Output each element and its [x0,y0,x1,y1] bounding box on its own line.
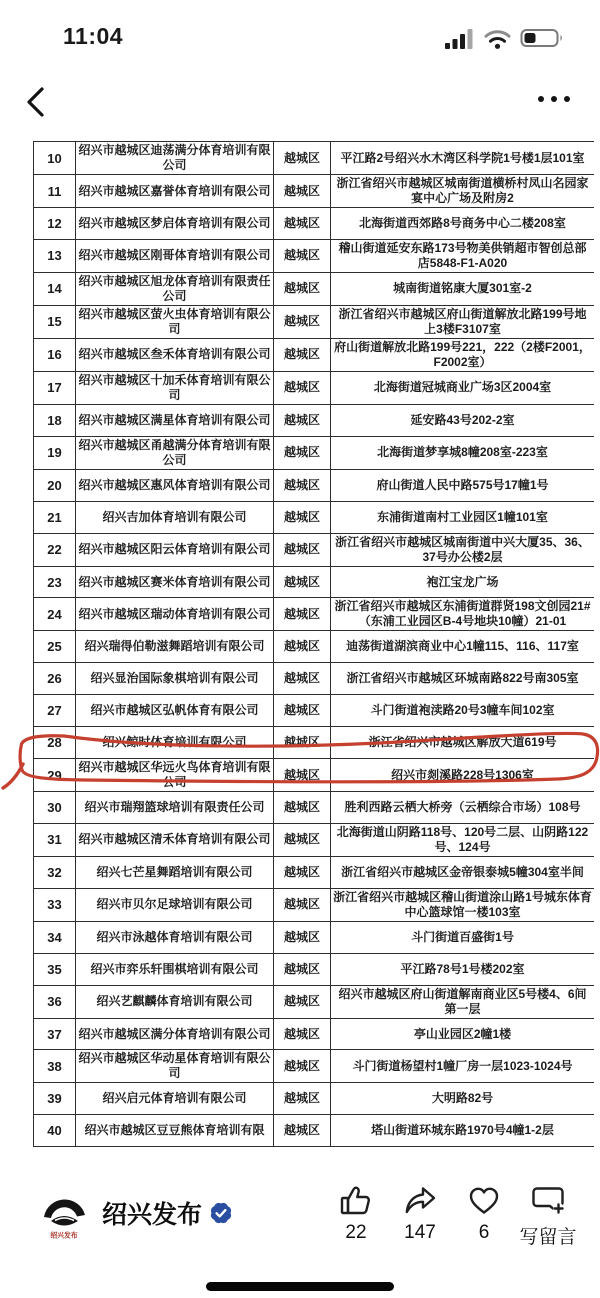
institution-name-cell: 绍兴启元体育培训有限公司 [76,1083,274,1115]
district-cell: 越城区 [274,501,331,533]
table-row: 35 绍兴市弈乐轩围棋培训有限公司 越城区 平江路78号1号楼202室 [34,953,595,985]
account-avatar[interactable]: 绍兴发布 [36,1187,92,1243]
ellipsis-dot [551,96,557,102]
district-cell: 越城区 [274,792,331,824]
district-cell: 越城区 [274,921,331,953]
row-number-cell: 27 [34,695,76,727]
table-row: 37 绍兴市越城区满分体育培训有限公司 越城区 亭山业园区2幢1楼 [34,1018,595,1050]
district-cell: 越城区 [274,371,331,404]
institution-name-cell: 绍兴艺麒麟体育培训有限公司 [76,985,274,1018]
table-row: 22 绍兴市越城区阳云体育培训有限公司 越城区 浙江省绍兴市越城区城南街道中兴大… [34,533,595,566]
row-number-cell: 34 [34,921,76,953]
address-cell: 浙江省绍兴市越城区东浦街道群贤198文创园21#（东浦工业园区B-4号地块10幢… [331,598,595,631]
row-number-cell: 30 [34,792,76,824]
favorite-button[interactable]: 6 [452,1183,516,1244]
district-cell: 越城区 [274,142,331,175]
address-cell: 袍江宝龙广场 [331,566,595,598]
like-count: 22 [345,1222,366,1244]
status-time: 11:04 [63,23,123,50]
row-number-cell: 33 [34,888,76,921]
district-cell: 越城区 [274,663,331,695]
more-menu-button[interactable] [538,96,570,102]
institution-name-cell: 绍兴市越城区梦启体育培训有限公司 [76,208,274,240]
address-cell: 北海街道梦享城8幢208室-223室 [331,436,595,469]
address-cell: 浙江省绍兴市越城区城南街道横桥村凤山名园家宴中心广场及附房2 [331,175,595,208]
institution-name-cell: 绍兴市越城区瑞动体育培训有限公司 [76,598,274,631]
row-number-cell: 37 [34,1018,76,1050]
favorite-count: 6 [479,1222,490,1244]
institution-name-cell: 绍兴市越城区阳云体育培训有限公司 [76,533,274,566]
district-cell: 越城区 [274,239,331,272]
table-row: 29 绍兴市越城区华远火鸟体育培训有限公司 越城区 绍兴市剡溪路228号1306… [34,759,595,792]
table-row: 15 绍兴市越城区萤火虫体育培训有限公司 越城区 浙江省绍兴市越城区府山街道解放… [34,305,595,338]
table-row: 21 绍兴吉加体育培训有限公司 越城区 东浦街道南村工业园区1幢101室 [34,501,595,533]
share-button[interactable]: 147 [388,1183,452,1244]
back-button[interactable] [24,86,48,118]
like-button[interactable]: 22 [324,1183,388,1244]
ellipsis-dot [564,96,570,102]
district-cell: 越城区 [274,566,331,598]
heart-icon [466,1183,502,1219]
bottom-bar: 绍兴发布 绍兴发布 [0,1175,600,1298]
institution-name-cell: 绍兴市越城区刚哥体育培训有限公司 [76,239,274,272]
address-cell: 稽山街道延安东路173号物美供销超市智创总部店5848-F1-A020 [331,239,595,272]
row-number-cell: 24 [34,598,76,631]
home-indicator[interactable] [206,1282,394,1291]
table-row: 24 绍兴市越城区瑞动体育培训有限公司 越城区 浙江省绍兴市越城区东浦街道群贤1… [34,598,595,631]
institution-name-cell: 绍兴市越城区迪荡满分体育培训有限公司 [76,142,274,175]
institution-name-cell: 绍兴市越城区华动星体育培训有限公司 [76,1050,274,1083]
district-cell: 越城区 [274,175,331,208]
institution-name-cell: 绍兴七芒星舞蹈培训有限公司 [76,856,274,888]
row-number-cell: 15 [34,305,76,338]
row-number-cell: 18 [34,404,76,436]
district-cell: 越城区 [274,888,331,921]
table-row: 19 绍兴市越城区甬越满分体育培训有限公司 越城区 北海街道梦享城8幢208室-… [34,436,595,469]
district-cell: 越城区 [274,695,331,727]
thumbs-up-icon [338,1183,374,1219]
row-number-cell: 39 [34,1083,76,1115]
district-cell: 越城区 [274,631,331,663]
row-number-cell: 26 [34,663,76,695]
account-name: 绍兴发布 [102,1195,202,1231]
table-row: 11 绍兴市越城区嘉誉体育培训有限公司 越城区 浙江省绍兴市越城区城南街道横桥村… [34,175,595,208]
address-cell: 北海街道山阴路118号、120号二层、山阴路122号、124号 [331,823,595,856]
address-cell: 浙江省绍兴市越城区城南街道中兴大厦35、36、37号办公楼2层 [331,533,595,566]
row-number-cell: 17 [34,371,76,404]
institution-name-cell: 绍兴市越城区叁禾体育培训有限公司 [76,338,274,371]
institution-name-cell: 绍兴市越城区惠风体育培训有限公司 [76,469,274,501]
institution-name-cell: 绍兴市越城区萤火虫体育培训有限公司 [76,305,274,338]
institution-name-cell: 绍兴市越城区甬越满分体育培训有限公司 [76,436,274,469]
institution-name-cell: 绍兴显治国际象棋培训有限公司 [76,663,274,695]
district-cell: 越城区 [274,436,331,469]
table-row: 18 绍兴市越城区满星体育培训有限公司 越城区 延安路43号202-2室 [34,404,595,436]
institution-name-cell: 绍兴市越城区弘帆体育有限公司 [76,695,274,727]
red-circle-tail [3,764,23,788]
comment-button[interactable]: 写留言 [516,1183,580,1249]
institution-name-cell: 绍兴市越城区嘉誉体育培训有限公司 [76,175,274,208]
institution-name-cell: 绍兴市贝尔足球培训有限公司 [76,888,274,921]
address-cell: 府山街道人民中路575号17幢1号 [331,469,595,501]
district-cell: 越城区 [274,1115,331,1147]
district-cell: 越城区 [274,985,331,1018]
district-cell: 越城区 [274,598,331,631]
institution-name-cell: 绍兴市泳越体育培训有限公司 [76,921,274,953]
table-row: 30 绍兴市瑞翔篮球培训有限责任公司 越城区 胜利西路云栖大桥旁（云栖综合市场）… [34,792,595,824]
table-row: 26 绍兴显治国际象棋培训有限公司 越城区 浙江省绍兴市越城区环城南路822号南… [34,663,595,695]
address-cell: 绍兴市越城区府山街道解南商业区5号楼4、6间第一层 [331,985,595,1018]
table-row: 39 绍兴启元体育培训有限公司 越城区 大明路82号 [34,1083,595,1115]
avatar-seal-text: 绍兴发布 [40,1231,88,1240]
table-row: 17 绍兴市越城区十加禾体育培训有限公司 越城区 北海街道冠城商业广场3区200… [34,371,595,404]
table-row: 13 绍兴市越城区刚哥体育培训有限公司 越城区 稽山街道延安东路173号物美供销… [34,239,595,272]
row-number-cell: 22 [34,533,76,566]
share-count: 147 [404,1222,436,1244]
address-cell: 平江路78号1号楼202室 [331,953,595,985]
row-number-cell: 38 [34,1050,76,1083]
address-cell: 胜利西路云栖大桥旁（云栖综合市场）108号 [331,792,595,824]
address-cell: 迪荡街道湖滨商业中心1幢115、116、117室 [331,631,595,663]
institution-name-cell: 绍兴市越城区华远火鸟体育培训有限公司 [76,759,274,792]
table-row: 31 绍兴市越城区清禾体育培训有限公司 越城区 北海街道山阴路118号、120号… [34,823,595,856]
address-cell: 亭山业园区2幢1楼 [331,1018,595,1050]
address-cell: 浙江省绍兴市越城区环城南路822号南305室 [331,663,595,695]
institution-name-cell: 绍兴市越城区十加禾体育培训有限公司 [76,371,274,404]
address-cell: 浙江省绍兴市越城区府山街道解放北路199号地上3楼F3107室 [331,305,595,338]
institution-name-cell: 绍兴市越城区满分体育培训有限公司 [76,1018,274,1050]
address-cell: 城南街道铭康大厦301室-2 [331,272,595,305]
address-cell: 府山街道解放北路199号221，222（2楼F2001，F2002室） [331,338,595,371]
table-row: 25 绍兴瑞得伯勒滋舞蹈培训有限公司 越城区 迪荡街道湖滨商业中心1幢115、1… [34,631,595,663]
district-cell: 越城区 [274,823,331,856]
battery-icon [520,27,564,49]
table-row: 20 绍兴市越城区惠风体育培训有限公司 越城区 府山街道人民中路575号17幢1… [34,469,595,501]
table-row: 10 绍兴市越城区迪荡满分体育培训有限公司 越城区 平江路2号绍兴水木湾区科学院… [34,142,595,175]
address-cell: 绍兴市剡溪路228号1306室 [331,759,595,792]
row-number-cell: 12 [34,208,76,240]
institution-name-cell: 绍兴鲸时体育培训有限公司 [76,727,274,759]
district-cell: 越城区 [274,272,331,305]
address-cell: 塔山街道环城东路1970号4幢1-2层 [331,1115,595,1147]
address-cell: 北海街道西郊路8号商务中心二楼208室 [331,208,595,240]
district-cell: 越城区 [274,856,331,888]
share-arrow-icon [402,1183,438,1219]
comment-label: 写留言 [519,1222,576,1249]
district-cell: 越城区 [274,208,331,240]
table-row: 36 绍兴艺麒麟体育培训有限公司 越城区 绍兴市越城区府山街道解南商业区5号楼4… [34,985,595,1018]
row-number-cell: 14 [34,272,76,305]
row-number-cell: 35 [34,953,76,985]
institution-name-cell: 绍兴市越城区清禾体育培训有限公司 [76,823,274,856]
table-row: 34 绍兴市泳越体育培训有限公司 越城区 斗门街道百盛街1号 [34,921,595,953]
district-cell: 越城区 [274,727,331,759]
cellular-signal-icon [445,29,475,49]
table-row: 23 绍兴市越城区赛米体育培训有限公司 越城区 袍江宝龙广场 [34,566,595,598]
address-cell: 浙江省绍兴市越城区稽山街道涂山路1号城东体育中心篮球馆一楼103室 [331,888,595,921]
training-institution-table: 10 绍兴市越城区迪荡满分体育培训有限公司 越城区 平江路2号绍兴水木湾区科学院… [33,141,594,1176]
row-number-cell: 13 [34,239,76,272]
table: 10 绍兴市越城区迪荡满分体育培训有限公司 越城区 平江路2号绍兴水木湾区科学院… [33,141,594,1147]
row-number-cell: 23 [34,566,76,598]
row-number-cell: 19 [34,436,76,469]
wifi-icon [484,29,511,49]
row-number-cell: 21 [34,501,76,533]
district-cell: 越城区 [274,404,331,436]
institution-name-cell: 绍兴市越城区满星体育培训有限公司 [76,404,274,436]
address-cell: 大明路82号 [331,1083,595,1115]
institution-name-cell: 绍兴市弈乐轩围棋培训有限公司 [76,953,274,985]
row-number-cell: 20 [34,469,76,501]
institution-name-cell: 绍兴市越城区赛米体育培训有限公司 [76,566,274,598]
district-cell: 越城区 [274,533,331,566]
institution-name-cell: 绍兴市瑞翔篮球培训有限责任公司 [76,792,274,824]
institution-name-cell: 绍兴瑞得伯勒滋舞蹈培训有限公司 [76,631,274,663]
address-cell: 斗门街道袍渎路20号3幢车间102室 [331,695,595,727]
table-row: 14 绍兴市越城区旭龙体育培训有限责任公司 越城区 城南街道铭康大厦301室-2 [34,272,595,305]
ellipsis-dot [538,96,544,102]
row-number-cell: 32 [34,856,76,888]
district-cell: 越城区 [274,338,331,371]
address-cell: 延安路43号202-2室 [331,404,595,436]
table-row: 28 绍兴鲸时体育培训有限公司 越城区 浙江省绍兴市越城区解放大道619号 [34,727,595,759]
address-cell: 平江路2号绍兴水木湾区科学院1号楼1层101室 [331,142,595,175]
district-cell: 越城区 [274,1083,331,1115]
district-cell: 越城区 [274,759,331,792]
address-cell: 斗门街道杨望村1幢厂房一层1023-1024号 [331,1050,595,1083]
table-row: 16 绍兴市越城区叁禾体育培训有限公司 越城区 府山街道解放北路199号221，… [34,338,595,371]
row-number-cell: 16 [34,338,76,371]
address-cell: 斗门街道百盛街1号 [331,921,595,953]
table-row: 40 绍兴市越城区豆豆熊体育培训有限 越城区 塔山街道环城东路1970号4幢1-… [34,1115,595,1147]
row-number-cell: 28 [34,727,76,759]
engagement-actions: 22 147 6 [324,1183,580,1249]
row-number-cell: 36 [34,985,76,1018]
account-row[interactable]: 绍兴发布 [102,1195,233,1231]
comment-bubble-plus-icon [530,1183,566,1219]
address-cell: 浙江省绍兴市越城区金帝银泰城5幢304室半间 [331,856,595,888]
district-cell: 越城区 [274,305,331,338]
district-cell: 越城区 [274,1018,331,1050]
chevron-left-icon [24,86,48,118]
verified-badge-icon [209,1201,233,1225]
institution-name-cell: 绍兴市越城区豆豆熊体育培训有限 [76,1115,274,1147]
row-number-cell: 11 [34,175,76,208]
district-cell: 越城区 [274,469,331,501]
row-number-cell: 40 [34,1115,76,1147]
row-number-cell: 29 [34,759,76,792]
address-cell: 北海街道冠城商业广场3区2004室 [331,371,595,404]
table-row: 38 绍兴市越城区华动星体育培训有限公司 越城区 斗门街道杨望村1幢厂房一层10… [34,1050,595,1083]
institution-name-cell: 绍兴吉加体育培训有限公司 [76,501,274,533]
table-row: 33 绍兴市贝尔足球培训有限公司 越城区 浙江省绍兴市越城区稽山街道涂山路1号城… [34,888,595,921]
row-number-cell: 10 [34,142,76,175]
district-cell: 越城区 [274,1050,331,1083]
table-row: 27 绍兴市越城区弘帆体育有限公司 越城区 斗门街道袍渎路20号3幢车间102室 [34,695,595,727]
address-cell: 浙江省绍兴市越城区解放大道619号 [331,727,595,759]
address-cell: 东浦街道南村工业园区1幢101室 [331,501,595,533]
table-row: 32 绍兴七芒星舞蹈培训有限公司 越城区 浙江省绍兴市越城区金帝银泰城5幢304… [34,856,595,888]
row-number-cell: 31 [34,823,76,856]
table-row: 12 绍兴市越城区梦启体育培训有限公司 越城区 北海街道西郊路8号商务中心二楼2… [34,208,595,240]
row-number-cell: 25 [34,631,76,663]
institution-name-cell: 绍兴市越城区旭龙体育培训有限责任公司 [76,272,274,305]
district-cell: 越城区 [274,953,331,985]
status-icons [445,27,564,49]
